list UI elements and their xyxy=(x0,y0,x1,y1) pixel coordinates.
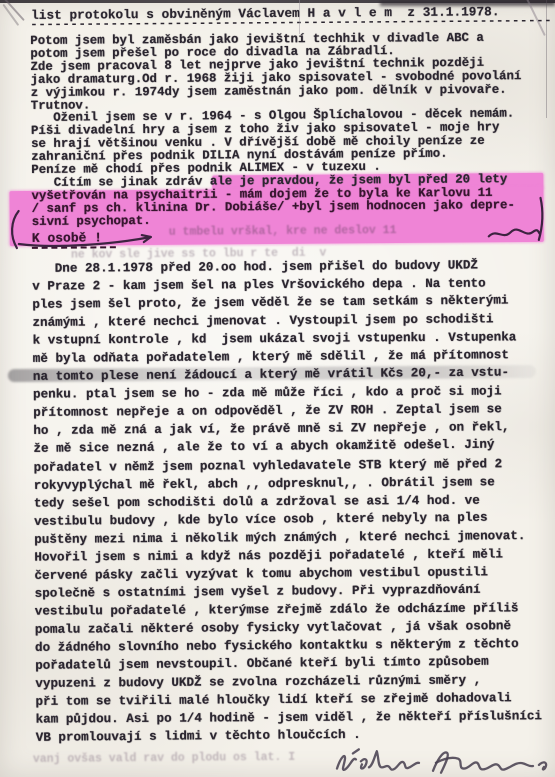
text-line: k vstupní kontrole , kd jsem ukázal svoj… xyxy=(33,328,539,349)
pen-scribble-mark xyxy=(484,194,548,247)
text-line: penku. ptal jsem se ho - zda mě může říc… xyxy=(33,383,539,404)
paragraphs-bottom: Dne 28.1.1978 před 20.oo hod. jsem přiše… xyxy=(32,256,542,747)
text-line: vestibulu pořadatelé , kterýmse zřejmě z… xyxy=(35,599,541,620)
title-dashed-underline: ----------------------------------------… xyxy=(30,13,552,32)
paper-crease xyxy=(299,0,300,34)
pen-underline-and-bracket xyxy=(5,207,167,254)
text-line: Hovořil jsem s nimi a když nás později p… xyxy=(34,545,540,566)
paragraphs-top: Potom jsem byl zaměsbán jako jevištní te… xyxy=(30,31,522,228)
scanned-document-page: list protokolu s obviněným Václavem H a … xyxy=(0,0,555,777)
carbon-ghost-text: u tmbelu vrškal, kre ne deslov 11 xyxy=(169,224,397,239)
text-line: VB promlouvají s lidmi v těchto hloučcíc… xyxy=(36,724,543,747)
carbon-ghost-text: vanj ovšas vald rav do plodu os lat. I xyxy=(33,751,295,766)
text-line: z výjimkou r. 1974dy jsem zaměstnán jako… xyxy=(31,83,522,99)
typewritten-document: list protokolu s obviněným Václavem H a … xyxy=(0,0,555,777)
scan-hairline-right xyxy=(546,0,547,118)
signature-vaclav-havel xyxy=(333,745,555,777)
